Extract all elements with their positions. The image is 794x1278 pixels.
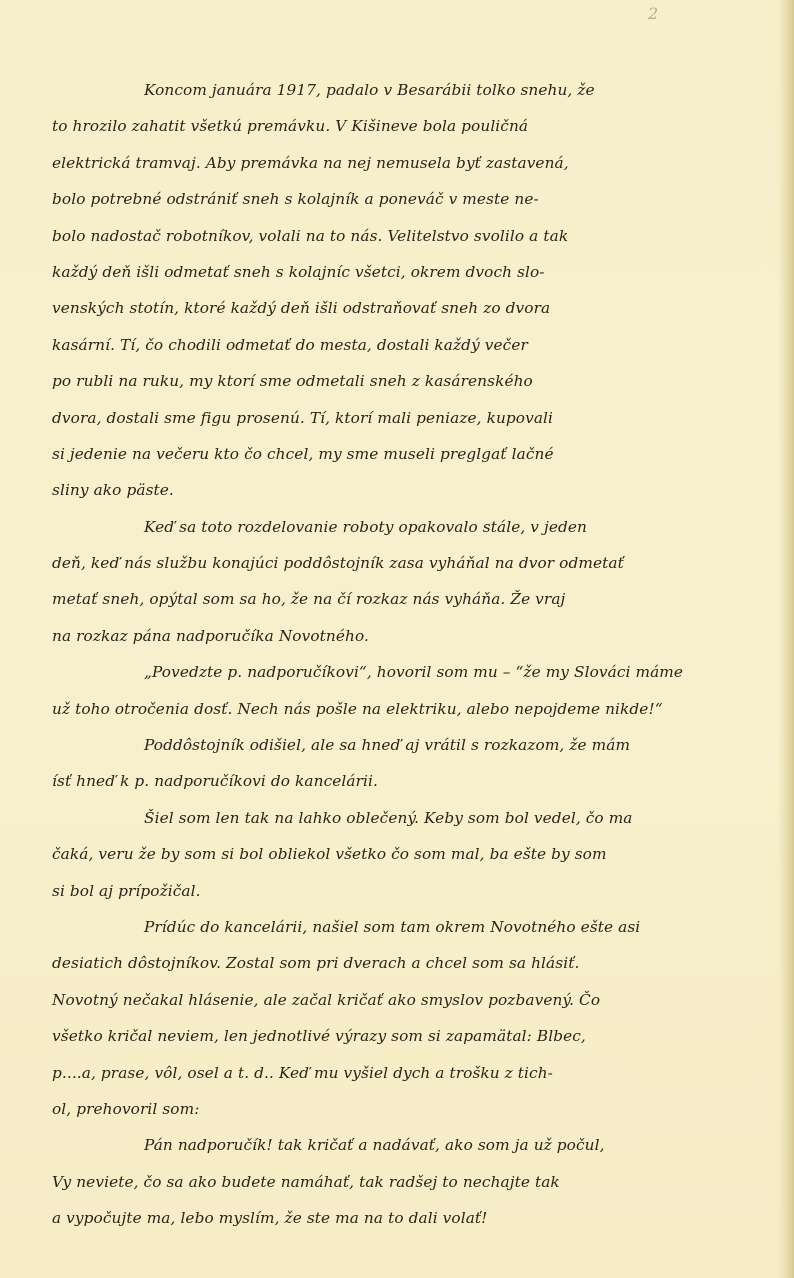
text-line: bolo potrebné odstrániť sneh s kolajník … [52, 181, 772, 217]
text-line: Pán nadporučík! tak kričať a nadávať, ak… [52, 1127, 772, 1163]
handwritten-page: 2 Koncom januára 1917, padalo v Besarábi… [0, 0, 794, 1278]
text-line: deň, keď nás službu konajúci poddôstojní… [52, 545, 772, 581]
text-line: už toho otročenia dosť. Nech nás pošle n… [52, 691, 772, 727]
handwritten-text-body: Koncom januára 1917, padalo v Besarábii … [52, 72, 772, 1237]
page-number: 2 [648, 4, 658, 23]
text-line: Vy neviete, čo sa ako budete namáhať, ta… [52, 1164, 772, 1200]
text-line: všetko kričal neviem, len jednotlivé výr… [52, 1018, 772, 1054]
text-line: kasární. Tí, čo chodili odmetať do mesta… [52, 327, 772, 363]
text-line: čaká, veru že by som si bol obliekol vše… [52, 836, 772, 872]
text-line: Keď sa toto rozdelovanie roboty opakoval… [52, 509, 772, 545]
text-line: na rozkaz pána nadporučíka Novotného. [52, 618, 772, 654]
text-line: Šiel som len tak na lahko oblečený. Keby… [52, 800, 772, 836]
text-line: elektrická tramvaj. Aby premávka na nej … [52, 145, 772, 181]
text-line: ol, prehovoril som: [52, 1091, 772, 1127]
text-line: „Povedzte p. nadporučíkovi“, hovoril som… [52, 654, 772, 690]
text-line: desiatich dôstojníkov. Zostal som pri dv… [52, 945, 772, 981]
text-line: po rubli na ruku, my ktorí sme odmetali … [52, 363, 772, 399]
text-line: si jedenie na večeru kto čo chcel, my sm… [52, 436, 772, 472]
text-line: každý deň išli odmetať sneh s kolajníc v… [52, 254, 772, 290]
text-line: a vypočujte ma, lebo myslím, že ste ma n… [52, 1200, 772, 1236]
text-line: ísť hneď k p. nadporučíkovi do kancelári… [52, 763, 772, 799]
text-line: si bol aj prípožičal. [52, 873, 772, 909]
text-line: venských stotín, ktoré každý deň išli od… [52, 290, 772, 326]
text-line: dvora, dostali sme figu prosenú. Tí, kto… [52, 400, 772, 436]
text-line: p....a, prase, vôl, osel a t. d.. Keď mu… [52, 1055, 772, 1091]
text-line: bolo nadostač robotníkov, volali na to n… [52, 218, 772, 254]
text-line: Koncom januára 1917, padalo v Besarábii … [52, 72, 772, 108]
text-line: Prídúc do kancelárii, našiel som tam okr… [52, 909, 772, 945]
text-line: Poddôstojník odišiel, ale sa hneď aj vrá… [52, 727, 772, 763]
text-line: sliny ako päste. [52, 472, 772, 508]
text-line: to hrozilo zahatit všetkú premávku. V Ki… [52, 108, 772, 144]
text-line: metať sneh, opýtal som sa ho, že na čí r… [52, 581, 772, 617]
text-line: Novotný nečakal hlásenie, ale začal krič… [52, 982, 772, 1018]
